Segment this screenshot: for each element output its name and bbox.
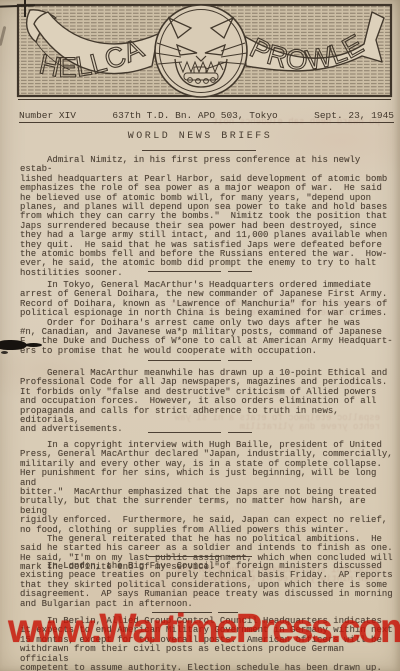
article-paragraph-tokyo-doihara: In Tokyo, General MacArthur's Headquarte… bbox=[20, 281, 395, 356]
issue-date: Sept. 23, 1945 bbox=[314, 110, 394, 121]
title-rule-top bbox=[144, 122, 256, 123]
ink-smudge bbox=[25, 343, 42, 347]
ink-smudge bbox=[0, 340, 27, 350]
unit-address: 637th T.D. Bn. APO 503, Tokyo bbox=[112, 110, 277, 121]
article-paragraph-nimitz: Admiral Nimitz, in his first press confe… bbox=[20, 156, 395, 278]
hellcat-prowler-banner: HELLCAT PROWLER bbox=[0, 2, 400, 102]
section-divider bbox=[148, 271, 252, 272]
hellcat-emblem bbox=[155, 5, 247, 97]
ink-smudge bbox=[1, 351, 8, 354]
issue-number: Number XIV bbox=[19, 110, 76, 121]
section-divider bbox=[148, 432, 252, 433]
article-paragraph-london-council: In London, the Big Five Council of forei… bbox=[20, 562, 395, 609]
section-divider bbox=[152, 612, 238, 613]
newsletter-scan-page: HELLCAT PROWLER Number XIV 637th T.D. Bn… bbox=[0, 0, 400, 671]
article-paragraph-berlin: In Berlin, Allied Group Control Council … bbox=[20, 617, 395, 671]
pen-mark bbox=[24, 0, 26, 17]
section-divider bbox=[148, 556, 252, 557]
masthead-line: Number XIV 637th T.D. Bn. APO 503, Tokyo… bbox=[19, 106, 394, 123]
article-paragraph-baille-interview: In a copyright interview with Hugh Baill… bbox=[20, 441, 395, 573]
article-paragraph-press-code: General MacArthur meanwhile has drawn up… bbox=[20, 369, 395, 435]
section-divider bbox=[148, 360, 252, 361]
section-title: WORLD NEWS BRIEFS bbox=[0, 131, 400, 142]
title-rule-bottom bbox=[142, 150, 256, 151]
